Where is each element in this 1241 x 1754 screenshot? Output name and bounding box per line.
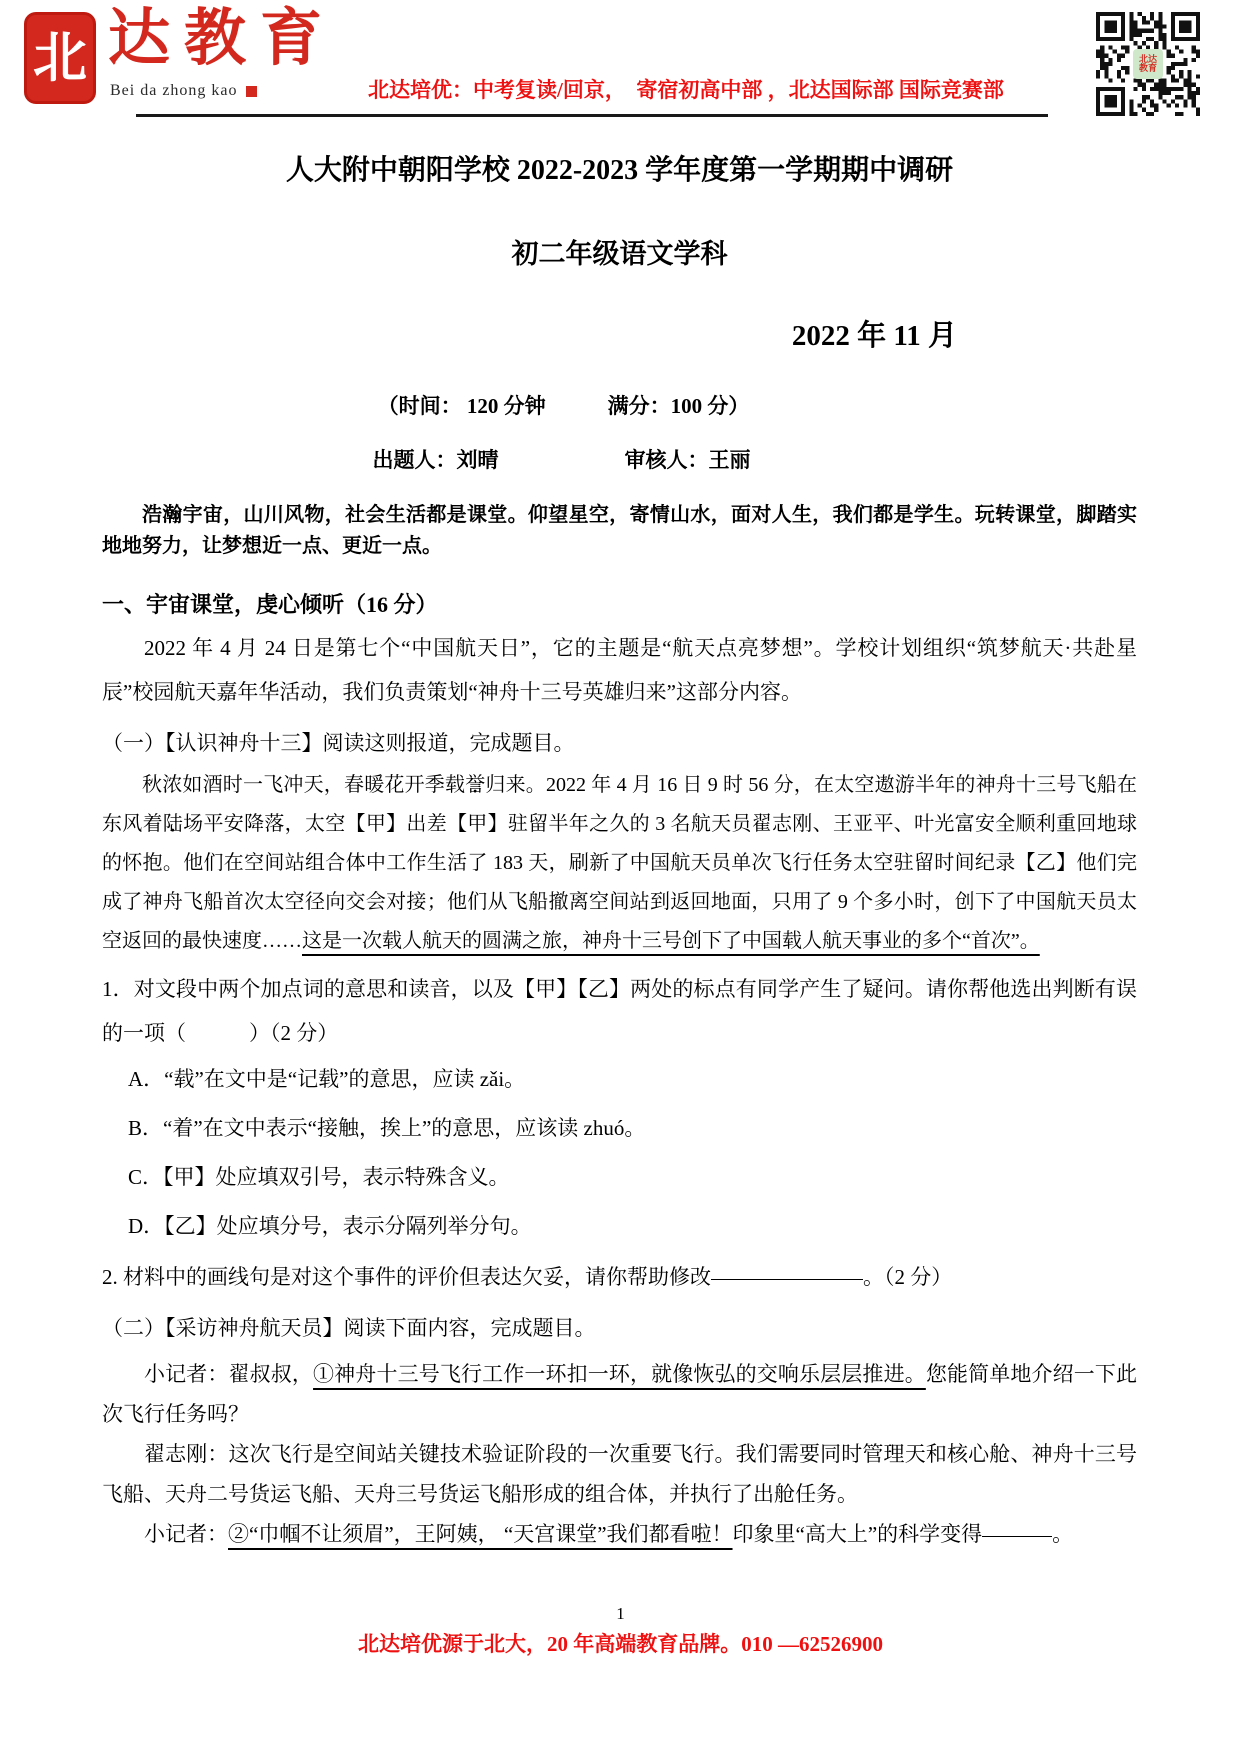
document-body: 人大附中朝阳学校 2022-2023 学年度第一学期期中调研 初二年级语文学科 …: [0, 148, 1241, 1554]
brand-logo-text: 达教育: [108, 2, 336, 76]
interview-reporter-line-2: 小记者：②“巾帼不让须眉”，王阿姨， “天宫课堂”我们都看啦！印象里“高大上”的…: [102, 1514, 1137, 1554]
reviewer-label: 审核人：王丽: [625, 444, 751, 474]
seal-character: 北: [33, 31, 87, 85]
interview-passage: 小记者：翟叔叔，①神舟十三号飞行工作一环扣一环，就像恢弘的交响乐层层推进。您能简…: [102, 1354, 1137, 1554]
question-2-stem: 2. 材料中的画线句是对这个事件的评价但表达欠妥，请你帮助修改。（2 分）: [102, 1253, 1137, 1302]
part-1-label: （一）【认识神舟十三】阅读这则报道，完成题目。: [102, 720, 1137, 766]
question-1-option: A．“载”在文中是“记载”的意思，应读 zǎi。: [102, 1055, 1137, 1104]
full-score-label: 满分：100 分）: [608, 390, 750, 420]
time-limit-label: （时间： 120 分钟: [378, 390, 546, 420]
exam-subject-title: 初二年级语文学科: [102, 232, 1137, 271]
question-1-stem: 1．对文段中两个加点词的意思和读音，以及【甲】【乙】两处的标点有同学产生了疑问。…: [102, 967, 1137, 1055]
section-1-lead-paragraph: 2022 年 4 月 24 日是第七个“中国航天日”，它的主题是“航天点亮梦想”…: [102, 626, 1137, 714]
brand-subtext-label: Bei da zhong kao: [110, 82, 238, 100]
qr-center-logo: 北达 教育: [1133, 49, 1163, 79]
exam-page: 北 达教育 Bei da zhong kao 北达培优：中考复读/回京， 寄宿初…: [0, 0, 1241, 1754]
intro-paragraph: 浩瀚宇宙，山川风物，社会生活都是课堂。仰望星空，寄情山水，面对人生，我们都是学生…: [102, 500, 1137, 562]
author-label: 出题人：刘晴: [373, 444, 499, 474]
header-slogan: 北达培优：中考复读/回京， 寄宿初高中部 ，北达国际部 国际竞赛部: [368, 74, 1004, 104]
qr-code: 北达 教育: [1096, 12, 1200, 116]
red-square-icon: [246, 86, 257, 97]
part-2-label: （二）【采访神舟航天员】阅读下面内容，完成题目。: [102, 1304, 1137, 1352]
footer-brand-line: 北达培优源于北大，20 年高端教育品牌。010 —62526900: [0, 1628, 1241, 1658]
reading-passage: 秋浓如酒时一飞冲天，春暖花开季载誉归来。2022 年 4 月 16 日 9 时 …: [102, 766, 1137, 961]
exam-people-row: 出题人：刘晴 审核人：王丽: [44, 444, 1079, 474]
interview-astronaut-line: 翟志刚：这次飞行是空间站关键技术验证阶段的一次重要飞行。我们需要同时管理天和核心…: [102, 1434, 1137, 1514]
exam-meta-row: （时间： 120 分钟 满分：100 分）: [46, 390, 1081, 420]
qr-center-text: 教育: [1139, 64, 1157, 73]
section-1-heading: 一、宇宙课堂，虔心倾听（16 分）: [102, 590, 1137, 620]
page-number: 1: [0, 1604, 1241, 1624]
interview-reporter-line-1: 小记者：翟叔叔，①神舟十三号飞行工作一环扣一环，就像恢弘的交响乐层层推进。您能简…: [102, 1354, 1137, 1434]
brand-seal-icon: 北: [24, 12, 96, 104]
question-1-options: A．“载”在文中是“记载”的意思，应读 zǎi。B．“着”在文中表示“接触，挨上…: [102, 1055, 1137, 1251]
header-divider: [136, 114, 1048, 117]
brand-subtext: Bei da zhong kao: [110, 82, 257, 100]
exam-title: 人大附中朝阳学校 2022-2023 学年度第一学期期中调研: [102, 148, 1137, 188]
page-header: 北 达教育 Bei da zhong kao 北达培优：中考复读/回京， 寄宿初…: [0, 0, 1241, 122]
question-1-option: B．“着”在文中表示“接触，挨上”的意思，应该读 zhuó。: [102, 1104, 1137, 1153]
question-1-option: C．【甲】处应填双引号，表示特殊含义。: [102, 1153, 1137, 1202]
exam-date: 2022 年 11 月: [102, 313, 1137, 354]
question-1-option: D．【乙】处应填分号，表示分隔列举分句。: [102, 1202, 1137, 1251]
